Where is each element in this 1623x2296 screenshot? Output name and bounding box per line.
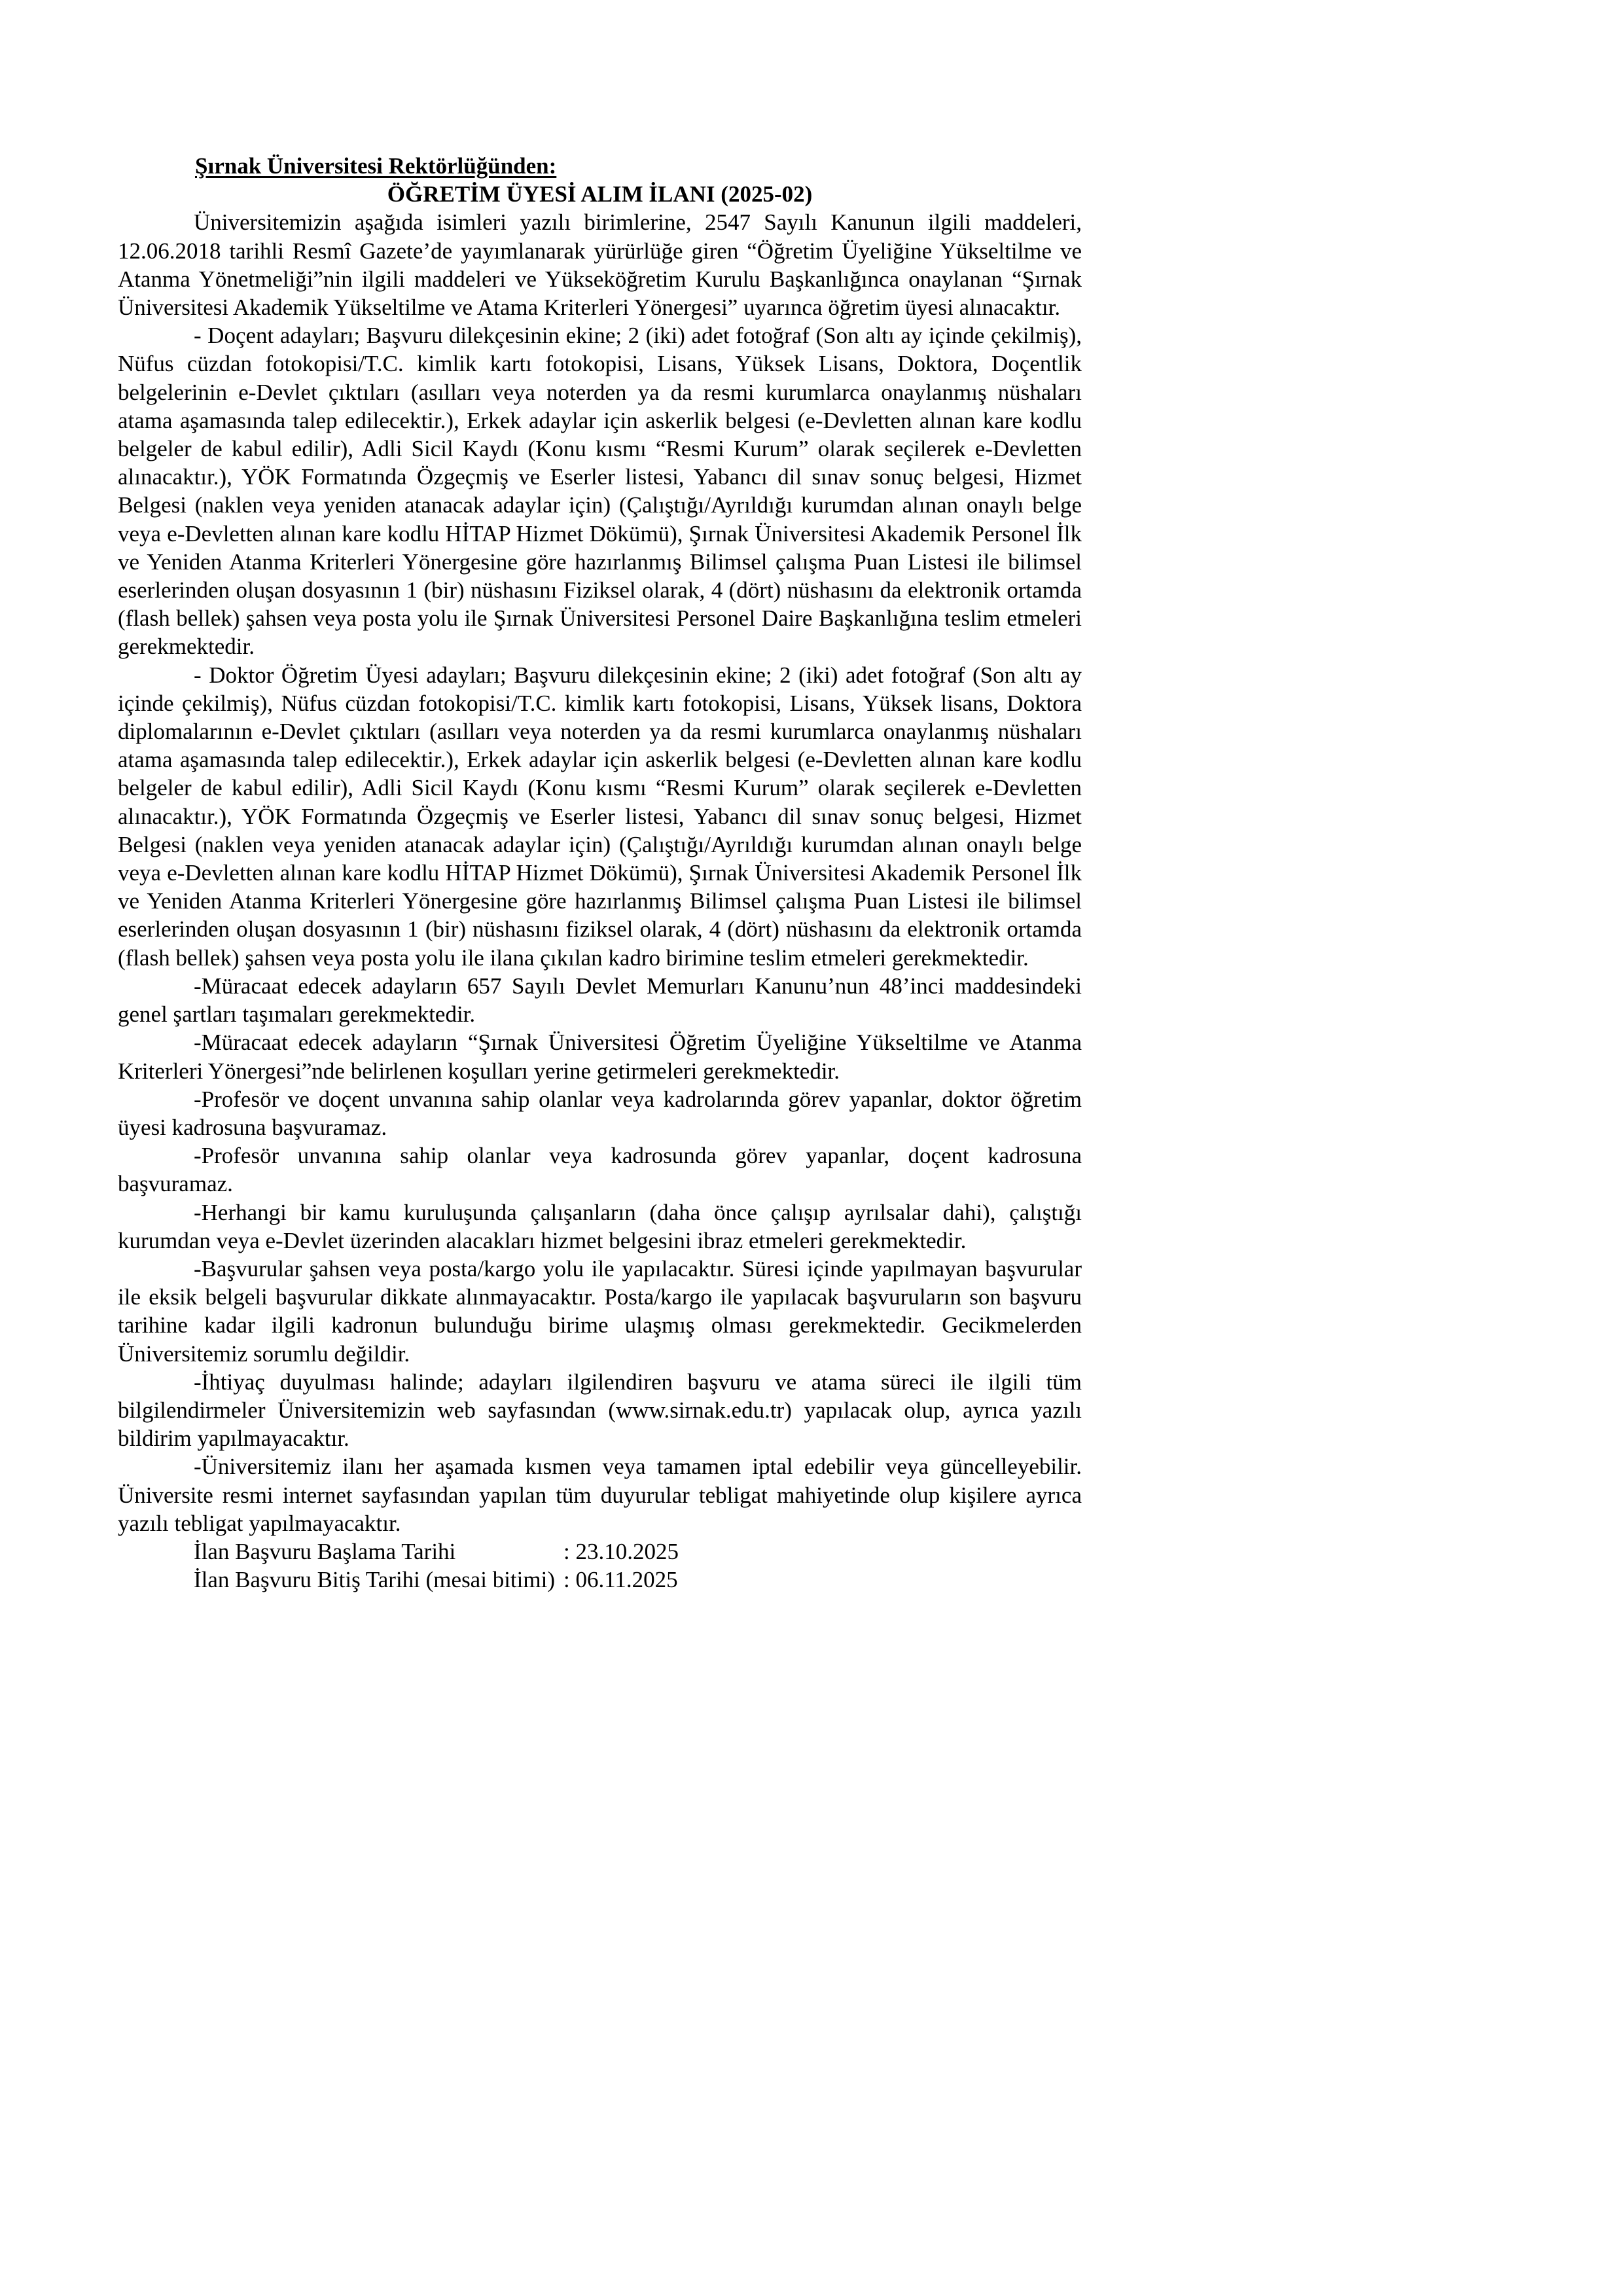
start-date-label: İlan Başvuru Başlama Tarihi	[194, 1537, 563, 1566]
end-date-label: İlan Başvuru Bitiş Tarihi (mesai bitimi)	[194, 1566, 563, 1594]
announcement-title: ÖĞRETİM ÜYESİ ALIM İLANI (2025-02)	[118, 180, 1082, 208]
application-dates: İlan Başvuru Başlama Tarihi : 23.10.2025…	[118, 1537, 1082, 1594]
start-date-value: : 23.10.2025	[563, 1537, 679, 1566]
intro-paragraph: Üniversitemizin aşağıda isimleri yazılı …	[118, 208, 1082, 321]
criteria-directive-paragraph: -Müracaat edecek adayların “Şırnak Ünive…	[118, 1028, 1082, 1085]
document-page: Şırnak Üniversitesi Rektörlüğünden: ÖĞRE…	[118, 152, 1082, 1594]
service-document-paragraph: -Herhangi bir kamu kuruluşunda çalışanla…	[118, 1198, 1082, 1255]
end-date-value: : 06.11.2025	[563, 1566, 678, 1594]
professor-docent-restriction-paragraph: -Profesör ve doçent unvanına sahip olanl…	[118, 1085, 1082, 1141]
end-date-row: İlan Başvuru Bitiş Tarihi (mesai bitimi)…	[118, 1566, 1082, 1594]
docent-requirements-paragraph: - Doçent adayları; Başvuru dilekçesinin …	[118, 321, 1082, 660]
professor-restriction-paragraph: -Profesör unvanına sahip olanlar veya ka…	[118, 1141, 1082, 1198]
issuer-heading: Şırnak Üniversitesi Rektörlüğünden:	[118, 152, 1082, 180]
cancellation-notice-paragraph: -Üniversitemiz ilanı her aşamada kısmen …	[118, 1452, 1082, 1537]
civil-servant-law-paragraph: -Müracaat edecek adayların 657 Sayılı De…	[118, 972, 1082, 1028]
application-method-paragraph: -Başvurular şahsen veya posta/kargo yolu…	[118, 1255, 1082, 1368]
start-date-row: İlan Başvuru Başlama Tarihi : 23.10.2025	[118, 1537, 1082, 1566]
information-notice-paragraph: -İhtiyaç duyulması halinde; adayları ilg…	[118, 1368, 1082, 1453]
doctor-faculty-requirements-paragraph: - Doktor Öğretim Üyesi adayları; Başvuru…	[118, 661, 1082, 972]
